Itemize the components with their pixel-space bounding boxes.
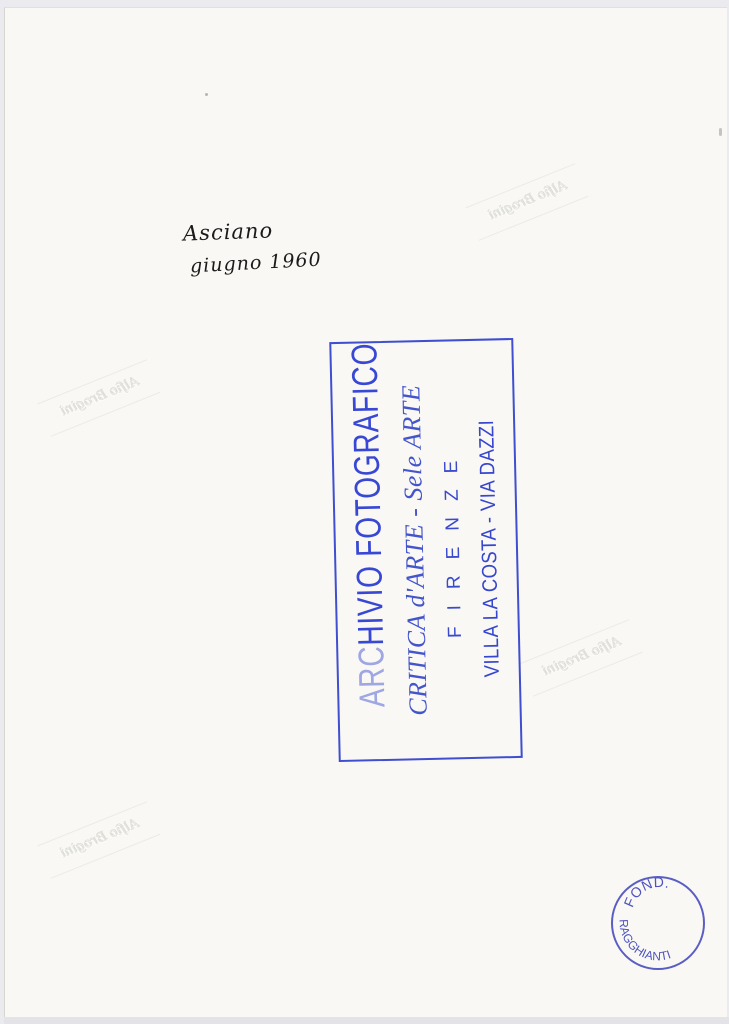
archive-stamp: ARCHIVIO FOTOGRAFICO CRITICA d'ARTE - Se… — [329, 338, 522, 762]
archive-stamp-publication: CRITICA d'ARTE - Sele ARTE — [396, 350, 435, 751]
handwritten-place: Asciano — [183, 218, 274, 245]
svg-text:FOND.: FOND. — [620, 875, 671, 909]
paper-speck-right — [719, 128, 722, 136]
archive-stamp-city: FIRENZE — [437, 349, 470, 749]
round-stamp-text-ring: FOND. RAGGHIANTI — [610, 875, 704, 969]
sheet-bottom-edge — [4, 1017, 729, 1024]
archive-stamp-title: ARCHIVIO FOTOGRAFICO — [345, 395, 392, 708]
fondazione-ragghianti-stamp: FOND. RAGGHIANTI — [611, 876, 705, 970]
svg-text:RAGGHIANTI: RAGGHIANTI — [617, 919, 673, 964]
paper-speck — [205, 93, 208, 96]
archive-stamp-address: VILLA LA COSTA - VIA DAZZI — [473, 372, 507, 724]
